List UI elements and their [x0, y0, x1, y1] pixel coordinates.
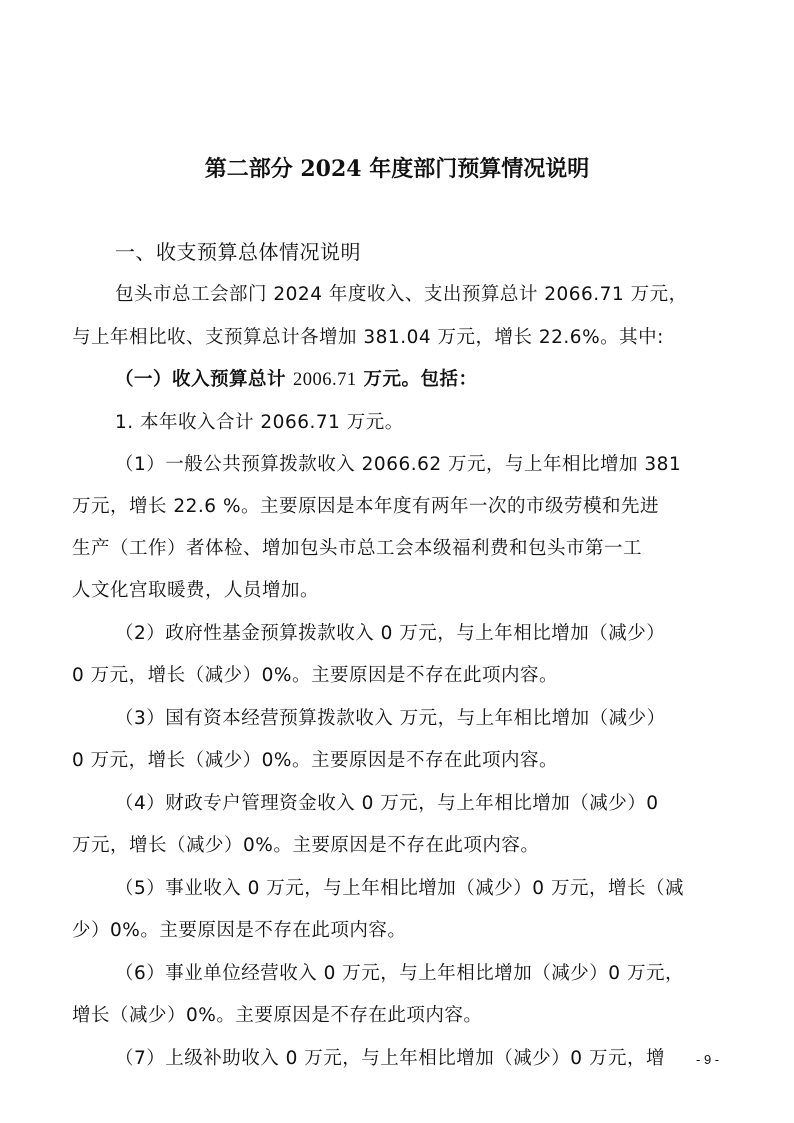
paragraph-line: 生产（工作）者体检、增加包头市总工会本级福利费和包头市第一工	[72, 534, 722, 560]
subheading-prefix: （一）收入预算总计	[115, 369, 293, 390]
paragraph-line: 万元，增长 22.6 %。主要原因是本年度有两年一次的市级劳模和先进	[72, 492, 722, 518]
subheading-suffix: 万元。包括：	[357, 369, 478, 390]
paragraph-line: （2）政府性基金预算拨款收入 0 万元，与上年相比增加（减少）	[115, 619, 722, 645]
page-number: - 9 -	[696, 1052, 719, 1067]
paragraph-line: 0 万元，增长（减少）0%。主要原因是不存在此项内容。	[72, 746, 722, 772]
paragraph-line: 少）0%。主要原因是不存在此项内容。	[72, 916, 722, 942]
paragraph-line: 0 万元，增长（减少）0%。主要原因是不存在此项内容。	[72, 661, 722, 687]
document-page: 第二部分 2024 年度部门预算情况说明 一、收支预算总体情况说明 包头市总工会…	[0, 0, 794, 1123]
paragraph-line: （3）国有资本经营预算拨款收入 万元，与上年相比增加（减少）	[115, 704, 722, 730]
subheading-value: 2006.71	[293, 370, 357, 390]
item-current-year-income: 1. 本年收入合计 2066.71 万元。	[115, 408, 765, 434]
paragraph-line: （7）上级补助收入 0 万元，与上年相比增加（减少）0 万元，增	[115, 1044, 722, 1070]
paragraph-line: 与上年相比收、支预算总计各增加 381.04 万元，增长 22.6%。其中:	[72, 323, 722, 349]
page-title: 第二部分 2024 年度部门预算情况说明	[0, 152, 794, 183]
paragraph-line: （1）一般公共预算拨款收入 2066.62 万元，与上年相比增加 381	[115, 450, 722, 476]
paragraph-line: （4）财政专户管理资金收入 0 万元，与上年相比增加（减少）0	[115, 789, 722, 815]
paragraph-line: （6）事业单位经营收入 0 万元，与上年相比增加（减少）0 万元，	[115, 959, 722, 985]
paragraph-line: 人文化宫取暖费，人员增加。	[72, 576, 722, 602]
paragraph-line: 万元，增长（减少）0%。主要原因是不存在此项内容。	[72, 831, 722, 857]
subheading-income-total: （一）收入预算总计 2006.71 万元。包括：	[115, 365, 765, 391]
section-heading: 一、收支预算总体情况说明	[115, 236, 765, 265]
paragraph-line: （5）事业收入 0 万元，与上年相比增加（减少）0 万元，增长（减	[115, 874, 722, 900]
paragraph-line: 包头市总工会部门 2024 年度收入、支出预算总计 2066.71 万元，	[115, 280, 722, 306]
paragraph-line: 增长（减少）0%。主要原因是不存在此项内容。	[72, 1001, 722, 1027]
